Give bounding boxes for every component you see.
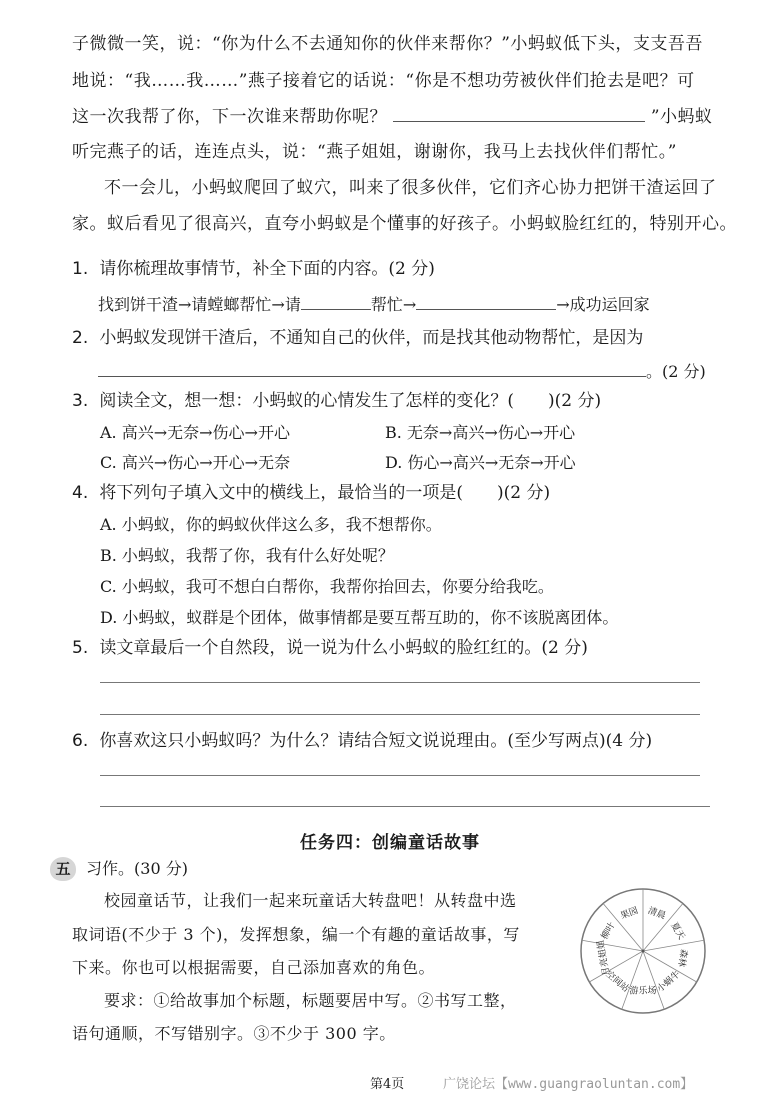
question-text: 将下列句子填入文中的横线上，最恰当的一项是( )(2 分) — [99, 483, 550, 503]
question-text: 你喜欢这只小蚂蚁吗？为什么？请结合短文说说理由。(至少写两点)(4 分) — [99, 731, 652, 751]
flow-text: →成功运回家 — [556, 295, 649, 314]
option-d[interactable]: D. 伤心→高兴→无奈→开心 — [385, 452, 576, 474]
answer-line[interactable] — [100, 682, 700, 683]
flow-text: 帮忙→ — [371, 295, 416, 314]
question-4: 4. 将下列句子填入文中的横线上，最恰当的一项是( )(2 分) — [72, 482, 550, 504]
prompt-line: 要求：①给故事加个标题，标题要居中写。②书写工整， — [104, 990, 517, 1012]
prompt-line: 校园童话节，让我们一起来玩童话大转盘吧！从转盘中选 — [104, 890, 517, 912]
option-b[interactable]: B. 无奈→高兴→伤心→开心 — [385, 422, 575, 444]
question-number: 5. — [72, 637, 94, 659]
question-3: 3. 阅读全文，想一想：小蚂蚁的心情发生了怎样的变化？( )(2 分) — [72, 390, 601, 412]
answer-blank[interactable] — [416, 293, 556, 310]
question-number: 3. — [72, 390, 94, 412]
question-6: 6. 你喜欢这只小蚂蚁吗？为什么？请结合短文说说理由。(至少写两点)(4 分) — [72, 730, 652, 752]
story-line: 家。蚁后看见了很高兴，直夸小蚂蚁是个懂事的好孩子。小蚂蚁脸红红的，特别开心。 — [72, 213, 737, 235]
story-spinner-wheel[interactable]: 果园清晨夏天森林小蜗牛游乐场空间站月亮姐姐柳叶 — [578, 886, 708, 1016]
question-number: 1. — [72, 258, 94, 280]
question-2-answer: 。(2 分) — [98, 360, 706, 383]
question-number: 2. — [72, 327, 94, 349]
section-title: 任务四：创编童话故事 — [0, 828, 780, 853]
story-line: 子微微一笑，说：“你为什么不去通知你的伙伴来帮你？”小蚂蚁低下头，支支吾吾 — [72, 33, 703, 55]
watermark-site: 广饶论坛【www.guangraoluntan.com】 — [443, 1073, 693, 1092]
story-text: ”小蚂蚁 — [651, 107, 713, 127]
answer-blank[interactable] — [301, 293, 371, 310]
heading-text: 习作。 — [86, 859, 134, 878]
points-text: (30 分) — [134, 859, 188, 878]
flow-text: 找到饼干渣→请螳螂帮忙→请 — [98, 295, 301, 314]
section-badge: 五 — [50, 857, 76, 881]
question-number: 6. — [72, 730, 94, 752]
question-1-flow: 找到饼干渣→请螳螂帮忙→请帮忙→→成功运回家 — [98, 293, 650, 316]
story-line: 地说：“我……我……”燕子接着它的话说：“你是不想功劳被伙伴们抢去是吧？可 — [72, 70, 695, 92]
option-c[interactable]: C. 小蚂蚁，我可不想白白帮你，我帮你抬回去，你要分给我吃。 — [100, 576, 554, 598]
prompt-line: 下来。你也可以根据需要，自己添加喜欢的角色。 — [72, 957, 435, 979]
question-5: 5. 读文章最后一个自然段，说一说为什么小蚂蚁的脸红红的。(2 分) — [72, 637, 588, 659]
question-text: 请你梳理故事情节，补全下面的内容。(2 分) — [99, 259, 434, 279]
option-a[interactable]: A. 小蚂蚁，你的蚂蚁伙伴这么多，我不想帮你。 — [100, 514, 442, 536]
points-text: 。(2 分) — [646, 362, 706, 381]
question-text: 读文章最后一个自然段，说一说为什么小蚂蚁的脸红红的。(2 分) — [99, 638, 587, 658]
story-line: 听完燕子的话，连连点头，说：“燕子姐姐，谢谢你，我马上去找伙伴们帮忙。” — [72, 141, 677, 163]
story-text: 这一次我帮了你，下一次谁来帮助你呢？ — [72, 107, 387, 127]
answer-line[interactable] — [100, 806, 710, 807]
answer-line[interactable] — [100, 775, 700, 776]
story-line: 这一次我帮了你，下一次谁来帮助你呢？ ”小蚂蚁 — [72, 105, 713, 128]
option-b[interactable]: B. 小蚂蚁，我帮了你，我有什么好处呢？ — [100, 545, 394, 567]
question-number: 4. — [72, 482, 94, 504]
question-text: 阅读全文，想一想：小蚂蚁的心情发生了怎样的变化？( )(2 分) — [99, 391, 601, 411]
question-2: 2. 小蚂蚁发现饼干渣后，不通知自己的伙伴，而是找其他动物帮忙，是因为 — [72, 327, 643, 349]
question-text: 小蚂蚁发现饼干渣后，不通知自己的伙伴，而是找其他动物帮忙，是因为 — [99, 328, 643, 348]
section-heading: 习作。(30 分) — [86, 858, 188, 880]
answer-line[interactable] — [100, 714, 700, 715]
wheel-word: 游乐场 — [629, 985, 656, 997]
question-1: 1. 请你梳理故事情节，补全下面的内容。(2 分) — [72, 258, 435, 280]
answer-blank[interactable] — [98, 360, 646, 377]
page-number: 第4页 — [370, 1073, 404, 1092]
prompt-line: 语句通顺，不写错别字。③不少于 300 字。 — [72, 1023, 396, 1045]
answer-blank[interactable] — [393, 105, 645, 122]
prompt-line: 取词语(不少于 3 个)，发挥想象，编一个有趣的童话故事，写 — [72, 924, 520, 946]
option-d[interactable]: D. 小蚂蚁，蚁群是个团体，做事情都是要互帮互助的，你不该脱离团体。 — [100, 607, 618, 629]
option-a[interactable]: A. 高兴→无奈→伤心→开心 — [100, 422, 290, 444]
option-c[interactable]: C. 高兴→伤心→开心→无奈 — [100, 452, 290, 474]
story-line: 不一会儿，小蚂蚁爬回了蚁穴，叫来了很多伙伴，它们齐心协力把饼干渣运回了 — [104, 177, 717, 199]
